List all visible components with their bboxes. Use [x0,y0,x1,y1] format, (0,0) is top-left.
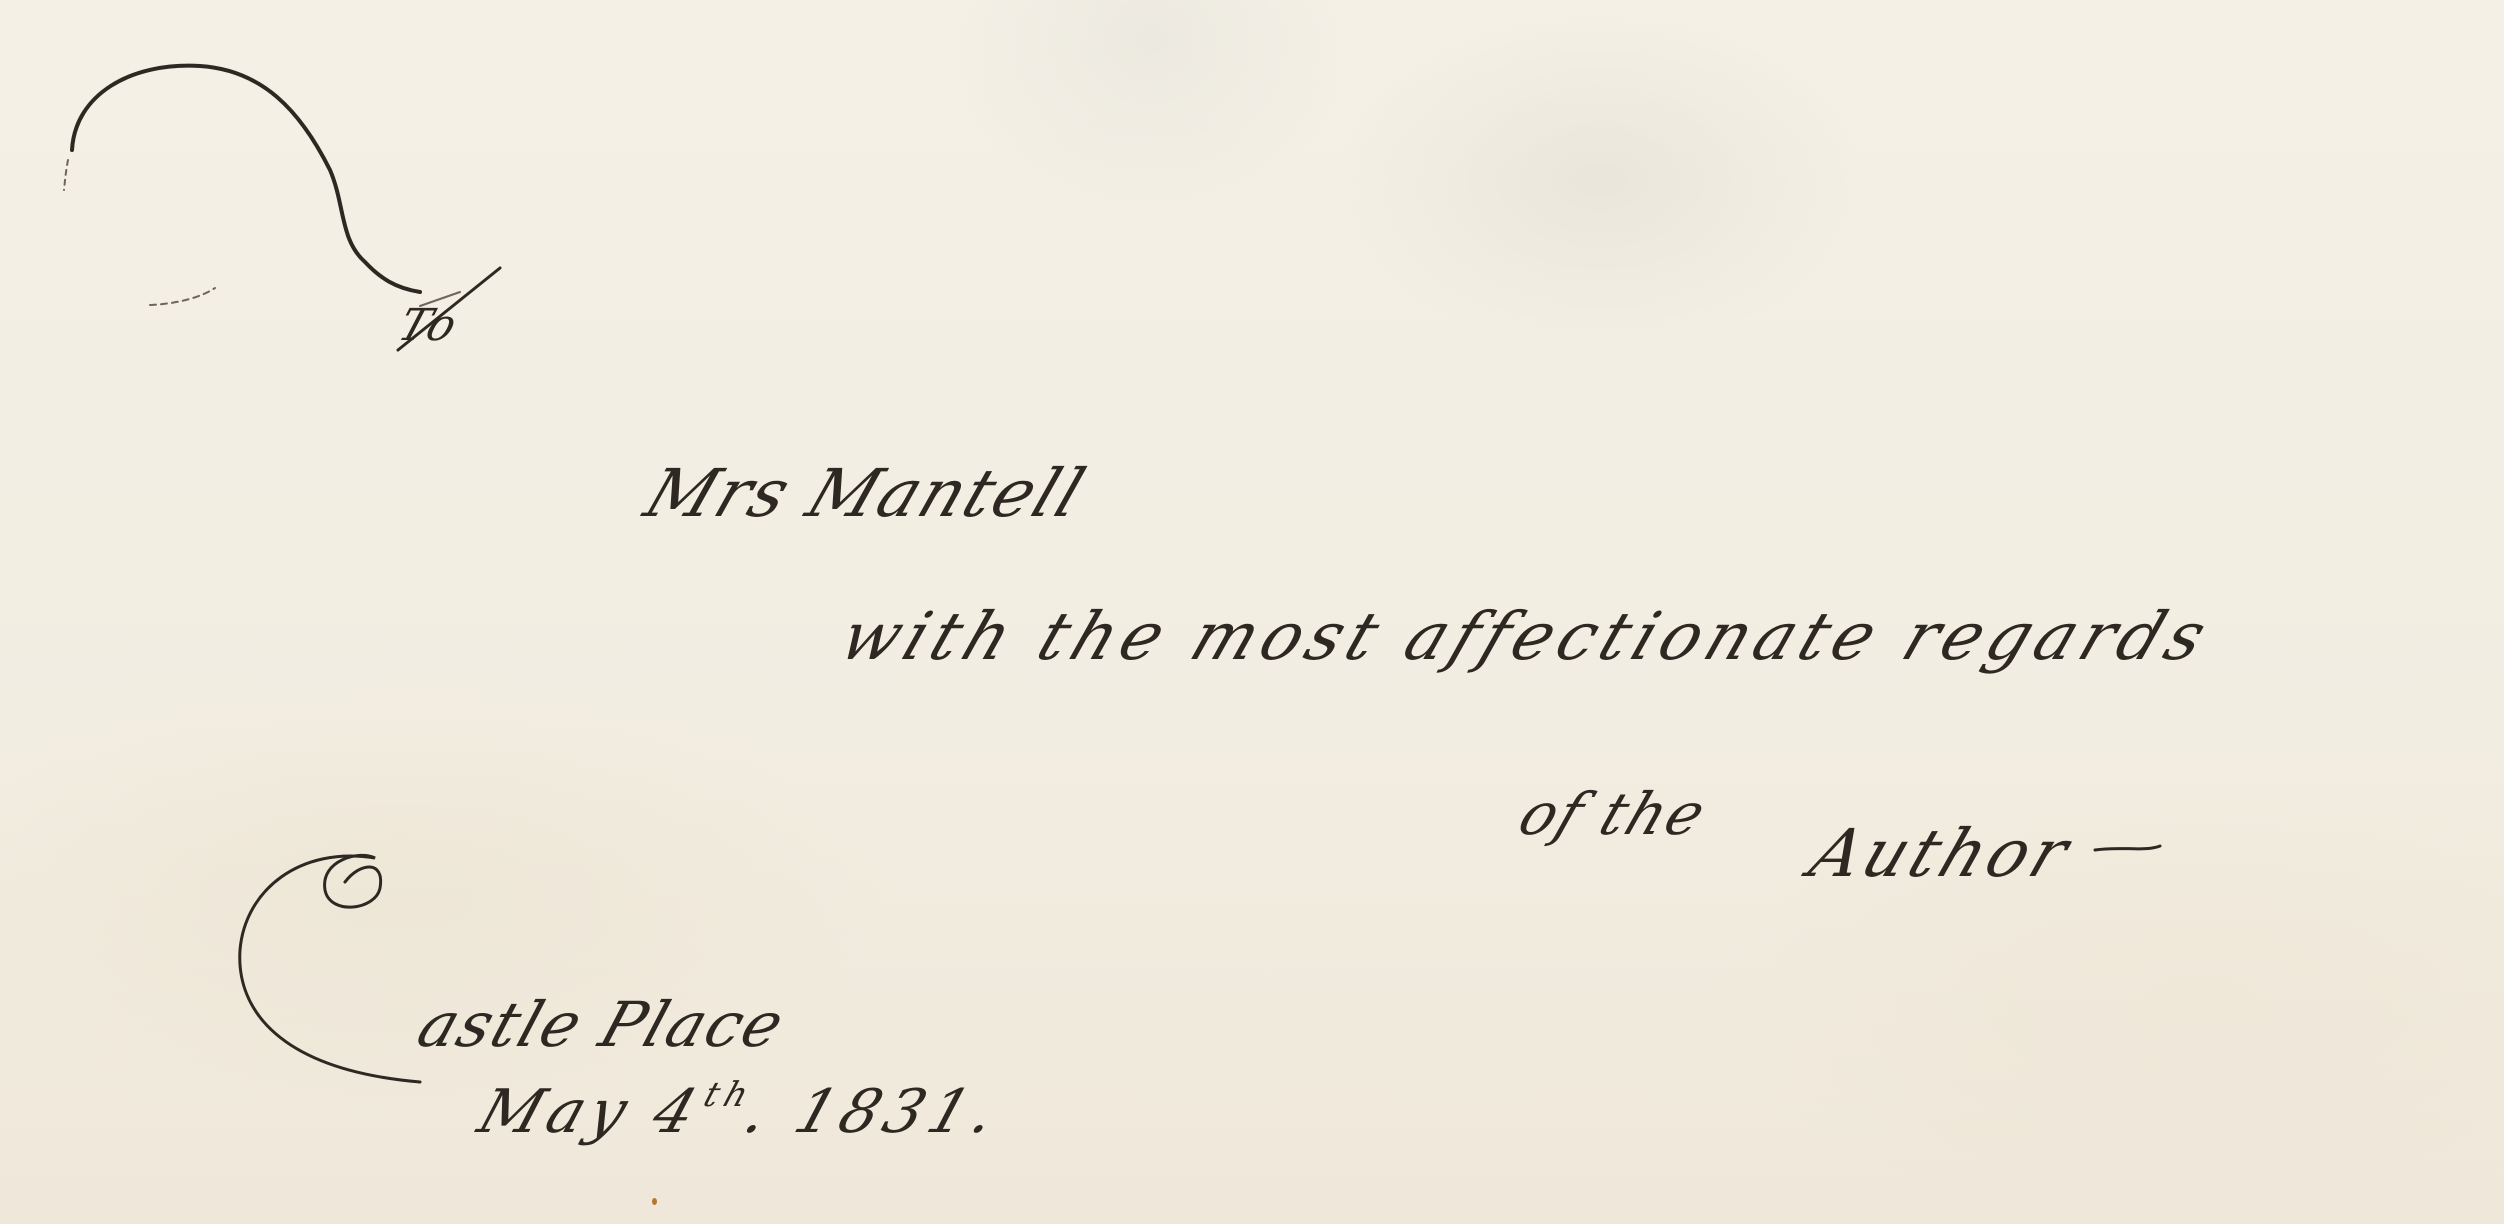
date-line: May 4th. 1831. [470,1075,1011,1147]
signature-author: Author [1800,815,2083,892]
place-line: Castle Place [300,935,812,1098]
paper-speck [652,1198,657,1205]
salutation-text: To [392,300,465,351]
date-day: May 4 [470,1077,711,1147]
salutation: To [392,300,465,351]
message-line: with the most affectionate regards [830,598,2222,675]
recipient-name: Mrs Mantell [635,455,1096,532]
date-year: . 1831. [736,1077,1011,1147]
inscription-page: To Mrs Mantell with the most affectionat… [0,0,2504,1224]
place-name: astle Place [409,988,795,1061]
from-prefix: of the [1510,780,1717,848]
